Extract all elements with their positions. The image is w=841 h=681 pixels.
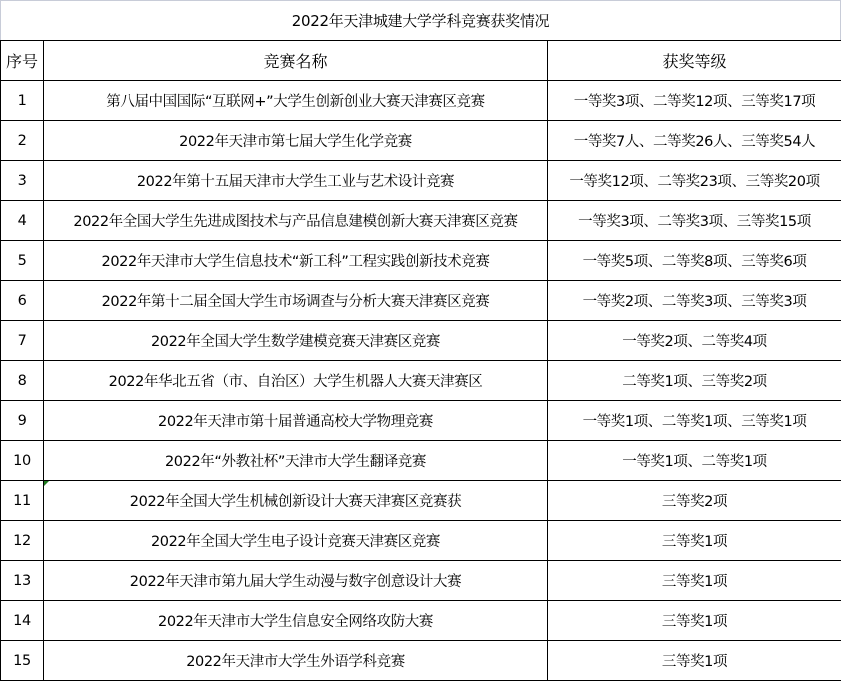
table-row: 8 2022年华北五省（市、自治区）大学生机器人大赛天津赛区 二等奖1项、三等奖… (1, 361, 841, 401)
table-row: 1 第八届中国国际“互联网+”大学生创新创业大赛天津赛区竞赛 一等奖3项、二等奖… (1, 81, 841, 121)
table-row: 14 2022年天津市大学生信息安全网络攻防大赛 三等奖1项 (1, 601, 841, 641)
cell-name[interactable]: 2022年华北五省（市、自治区）大学生机器人大赛天津赛区 (44, 361, 548, 401)
cell-index[interactable]: 7 (1, 321, 44, 361)
table-row: 13 2022年天津市第九届大学生动漫与数字创意设计大赛 三等奖1项 (1, 561, 841, 601)
comment-indicator-icon[interactable] (44, 481, 49, 486)
cell-name[interactable]: 2022年天津市第七届大学生化学竞赛 (44, 121, 548, 161)
cell-name[interactable]: 2022年天津市大学生信息技术“新工科”工程实践创新技术竞赛 (44, 241, 548, 281)
cell-name[interactable]: 2022年天津市大学生外语学科竞赛 (44, 641, 548, 681)
cell-name[interactable]: 2022年全国大学生数学建模竞赛天津赛区竞赛 (44, 321, 548, 361)
cell-award[interactable]: 三等奖1项 (548, 561, 841, 601)
cell-index[interactable]: 8 (1, 361, 44, 401)
table-row: 9 2022年天津市第十届普通高校大学物理竞赛 一等奖1项、二等奖1项、三等奖1… (1, 401, 841, 441)
cell-index[interactable]: 3 (1, 161, 44, 201)
table-title[interactable]: 2022年天津城建大学学科竞赛获奖情况 (0, 0, 841, 40)
cell-award[interactable]: 二等奖1项、三等奖2项 (548, 361, 841, 401)
cell-award[interactable]: 一等奖2项、二等奖4项 (548, 321, 841, 361)
cell-award[interactable]: 一等奖1项、二等奖1项 (548, 441, 841, 481)
table-row: 2 2022年天津市第七届大学生化学竞赛 一等奖7人、二等奖26人、三等奖54人 (1, 121, 841, 161)
cell-index[interactable]: 11 (1, 481, 44, 521)
cell-index[interactable]: 14 (1, 601, 44, 641)
header-row: 序号 竞赛名称 获奖等级 (1, 41, 841, 81)
header-index[interactable]: 序号 (1, 41, 44, 81)
cell-award[interactable]: 三等奖1项 (548, 521, 841, 561)
cell-award[interactable]: 一等奖7人、二等奖26人、三等奖54人 (548, 121, 841, 161)
cell-name[interactable]: 第八届中国国际“互联网+”大学生创新创业大赛天津赛区竞赛 (44, 81, 548, 121)
table-row: 6 2022年第十二届全国大学生市场调查与分析大赛天津赛区竞赛 一等奖2项、二等… (1, 281, 841, 321)
cell-name[interactable]: 2022年全国大学生机械创新设计大赛天津赛区竞赛获 (44, 481, 548, 521)
cell-name[interactable]: 2022年第十五届天津市大学生工业与艺术设计竞赛 (44, 161, 548, 201)
cell-award[interactable]: 一等奖1项、二等奖1项、三等奖1项 (548, 401, 841, 441)
cell-award[interactable]: 三等奖2项 (548, 481, 841, 521)
cell-index[interactable]: 15 (1, 641, 44, 681)
cell-index[interactable]: 2 (1, 121, 44, 161)
table-row: 5 2022年天津市大学生信息技术“新工科”工程实践创新技术竞赛 一等奖5项、二… (1, 241, 841, 281)
cell-name[interactable]: 2022年天津市大学生信息安全网络攻防大赛 (44, 601, 548, 641)
cell-index[interactable]: 4 (1, 201, 44, 241)
cell-index[interactable]: 9 (1, 401, 44, 441)
header-award[interactable]: 获奖等级 (548, 41, 841, 81)
table-row: 7 2022年全国大学生数学建模竞赛天津赛区竞赛 一等奖2项、二等奖4项 (1, 321, 841, 361)
table-title-text: 2022年天津城建大学学科竞赛获奖情况 (292, 10, 549, 31)
cell-award[interactable]: 一等奖5项、二等奖8项、三等奖6项 (548, 241, 841, 281)
cell-name[interactable]: 2022年全国大学生电子设计竞赛天津赛区竞赛 (44, 521, 548, 561)
cell-name[interactable]: 2022年全国大学生先进成图技术与产品信息建模创新大赛天津赛区竞赛 (44, 201, 548, 241)
header-name[interactable]: 竞赛名称 (44, 41, 548, 81)
cell-name[interactable]: 2022年天津市第十届普通高校大学物理竞赛 (44, 401, 548, 441)
cell-name[interactable]: 2022年第十二届全国大学生市场调查与分析大赛天津赛区竞赛 (44, 281, 548, 321)
cell-index[interactable]: 10 (1, 441, 44, 481)
spreadsheet: 2022年天津城建大学学科竞赛获奖情况 序号 竞赛名称 获奖等级 1 第八届中国… (0, 0, 841, 681)
cell-index[interactable]: 5 (1, 241, 44, 281)
table-row: 12 2022年全国大学生电子设计竞赛天津赛区竞赛 三等奖1项 (1, 521, 841, 561)
cell-award[interactable]: 一等奖12项、二等奖23项、三等奖20项 (548, 161, 841, 201)
cell-name[interactable]: 2022年天津市第九届大学生动漫与数字创意设计大赛 (44, 561, 548, 601)
cell-award[interactable]: 一等奖3项、二等奖12项、三等奖17项 (548, 81, 841, 121)
table-row: 4 2022年全国大学生先进成图技术与产品信息建模创新大赛天津赛区竞赛 一等奖3… (1, 201, 841, 241)
awards-table: 序号 竞赛名称 获奖等级 1 第八届中国国际“互联网+”大学生创新创业大赛天津赛… (0, 40, 841, 681)
table-row: 10 2022年“外教社杯”天津市大学生翻译竞赛 一等奖1项、二等奖1项 (1, 441, 841, 481)
table-row: 11 2022年全国大学生机械创新设计大赛天津赛区竞赛获 三等奖2项 (1, 481, 841, 521)
cell-index[interactable]: 6 (1, 281, 44, 321)
cell-name[interactable]: 2022年“外教社杯”天津市大学生翻译竞赛 (44, 441, 548, 481)
table-row: 15 2022年天津市大学生外语学科竞赛 三等奖1项 (1, 641, 841, 681)
cell-award[interactable]: 三等奖1项 (548, 641, 841, 681)
cell-index[interactable]: 1 (1, 81, 44, 121)
cell-name-text: 2022年全国大学生机械创新设计大赛天津赛区竞赛获 (130, 494, 461, 510)
cell-award[interactable]: 三等奖1项 (548, 601, 841, 641)
table-row: 3 2022年第十五届天津市大学生工业与艺术设计竞赛 一等奖12项、二等奖23项… (1, 161, 841, 201)
cell-index[interactable]: 13 (1, 561, 44, 601)
cell-award[interactable]: 一等奖2项、二等奖3项、三等奖3项 (548, 281, 841, 321)
cell-index[interactable]: 12 (1, 521, 44, 561)
cell-award[interactable]: 一等奖3项、二等奖3项、三等奖15项 (548, 201, 841, 241)
